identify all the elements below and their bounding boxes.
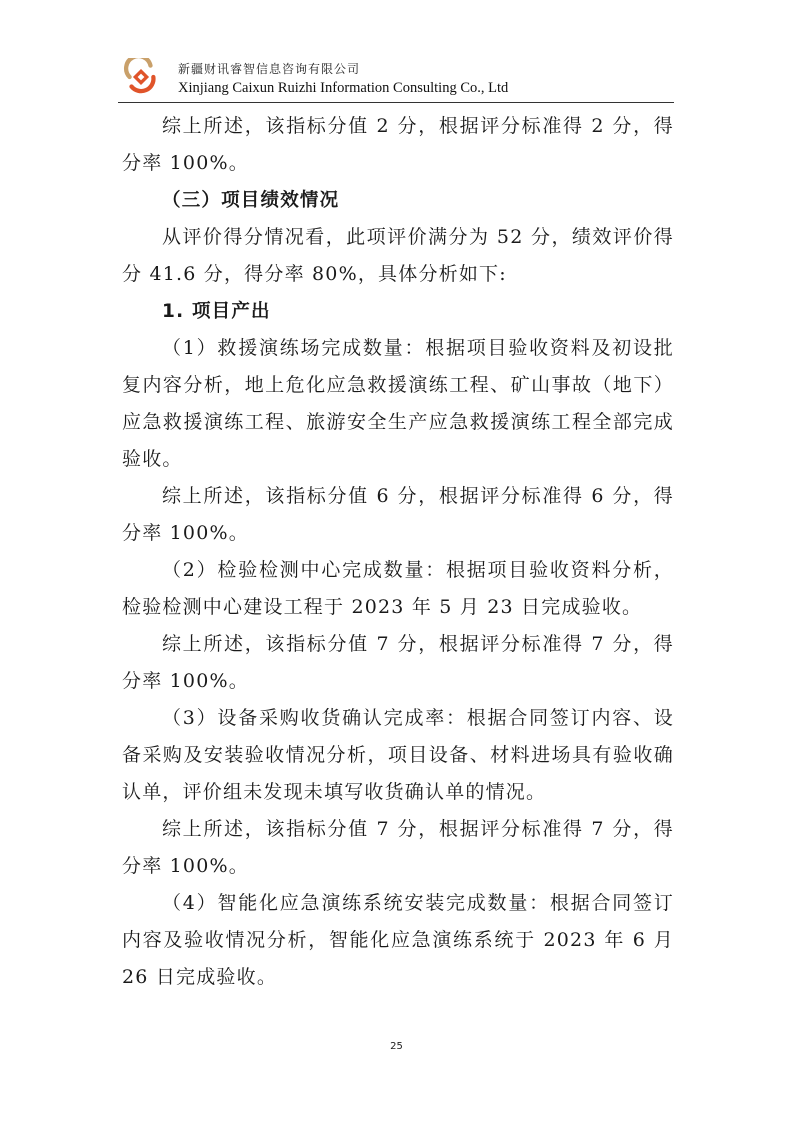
section-heading-performance: （三）项目绩效情况 <box>122 182 674 219</box>
company-name-cn: 新疆财讯睿智信息咨询有限公司 <box>178 60 360 77</box>
paragraph-summary-4: 综上所述，该指标分值 7 分，根据评分标准得 7 分，得分率 100%。 <box>122 811 674 885</box>
company-name-en: Xinjiang Caixun Ruizhi Information Consu… <box>178 80 508 97</box>
subsection-heading-output: 1. 项目产出 <box>122 293 674 330</box>
paragraph-overall-score: 从评价得分情况看，此项评价满分为 52 分，绩效评价得分 41.6 分，得分率 … <box>122 219 674 293</box>
paragraph-item-2: （2）检验检测中心完成数量：根据项目验收资料分析，检验检测中心建设工程于 202… <box>122 552 674 626</box>
page-number: 25 <box>0 1041 793 1052</box>
company-logo-icon <box>122 58 160 96</box>
paragraph-item-1: （1）救援演练场完成数量：根据项目验收资料及初设批复内容分析，地上危化应急救援演… <box>122 330 674 478</box>
paragraph-summary-1: 综上所述，该指标分值 2 分，根据评分标准得 2 分，得分率 100%。 <box>122 108 674 182</box>
paragraph-item-4: （4）智能化应急演练系统安装完成数量：根据合同签订内容及验收情况分析，智能化应急… <box>122 885 674 996</box>
paragraph-summary-2: 综上所述，该指标分值 6 分，根据评分标准得 6 分，得分率 100%。 <box>122 478 674 552</box>
paragraph-item-3: （3）设备采购收货确认完成率：根据合同签订内容、设备采购及安装验收情况分析，项目… <box>122 700 674 811</box>
document-body: 综上所述，该指标分值 2 分，根据评分标准得 2 分，得分率 100%。 （三）… <box>122 108 674 996</box>
page-header: 新疆财讯睿智信息咨询有限公司 Xinjiang Caixun Ruizhi In… <box>118 56 674 103</box>
paragraph-summary-3: 综上所述，该指标分值 7 分，根据评分标准得 7 分，得分率 100%。 <box>122 626 674 700</box>
